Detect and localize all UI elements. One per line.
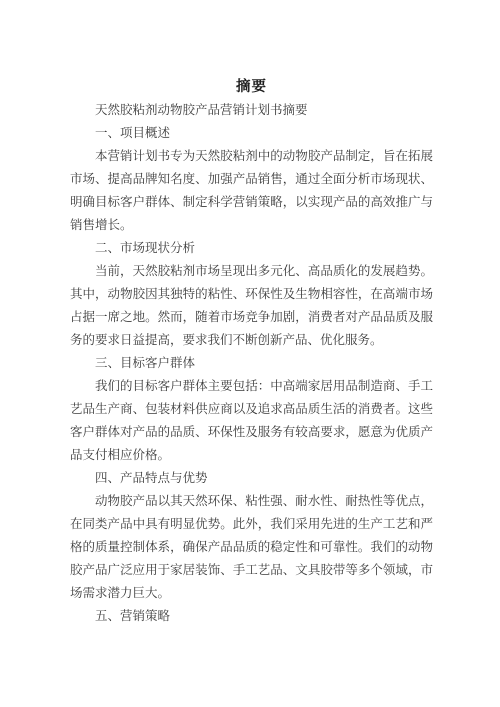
document-title: 摘要: [70, 76, 433, 99]
section-heading-5: 五、营销策略: [70, 605, 433, 628]
section-body-1: 本营销计划书专为天然胶粘剂中的动物胶产品制定，旨在拓展市场、提高品牌知名度、加强…: [70, 145, 433, 237]
document-page: 摘要 天然胶粘剂动物胶产品营销计划书摘要 一、项目概述 本营销计划书专为天然胶粘…: [0, 0, 500, 707]
section-body-3: 我们的目标客户群体主要包括：中高端家居用品制造商、手工艺品生产商、包装材料供应商…: [70, 375, 433, 467]
section-heading-1: 一、项目概述: [70, 122, 433, 145]
document-content: 摘要 天然胶粘剂动物胶产品营销计划书摘要 一、项目概述 本营销计划书专为天然胶粘…: [70, 76, 433, 628]
section-heading-3: 三、目标客户群体: [70, 352, 433, 375]
section-body-2: 当前，天然胶粘剂市场呈现出多元化、高品质化的发展趋势。其中，动物胶因其独特的粘性…: [70, 260, 433, 352]
section-heading-2: 二、市场现状分析: [70, 237, 433, 260]
section-body-4: 动物胶产品以其天然环保、粘性强、耐水性、耐热性等优点，在同类产品中具有明显优势。…: [70, 490, 433, 605]
section-heading-4: 四、产品特点与优势: [70, 467, 433, 490]
document-subtitle: 天然胶粘剂动物胶产品营销计划书摘要: [70, 99, 433, 122]
